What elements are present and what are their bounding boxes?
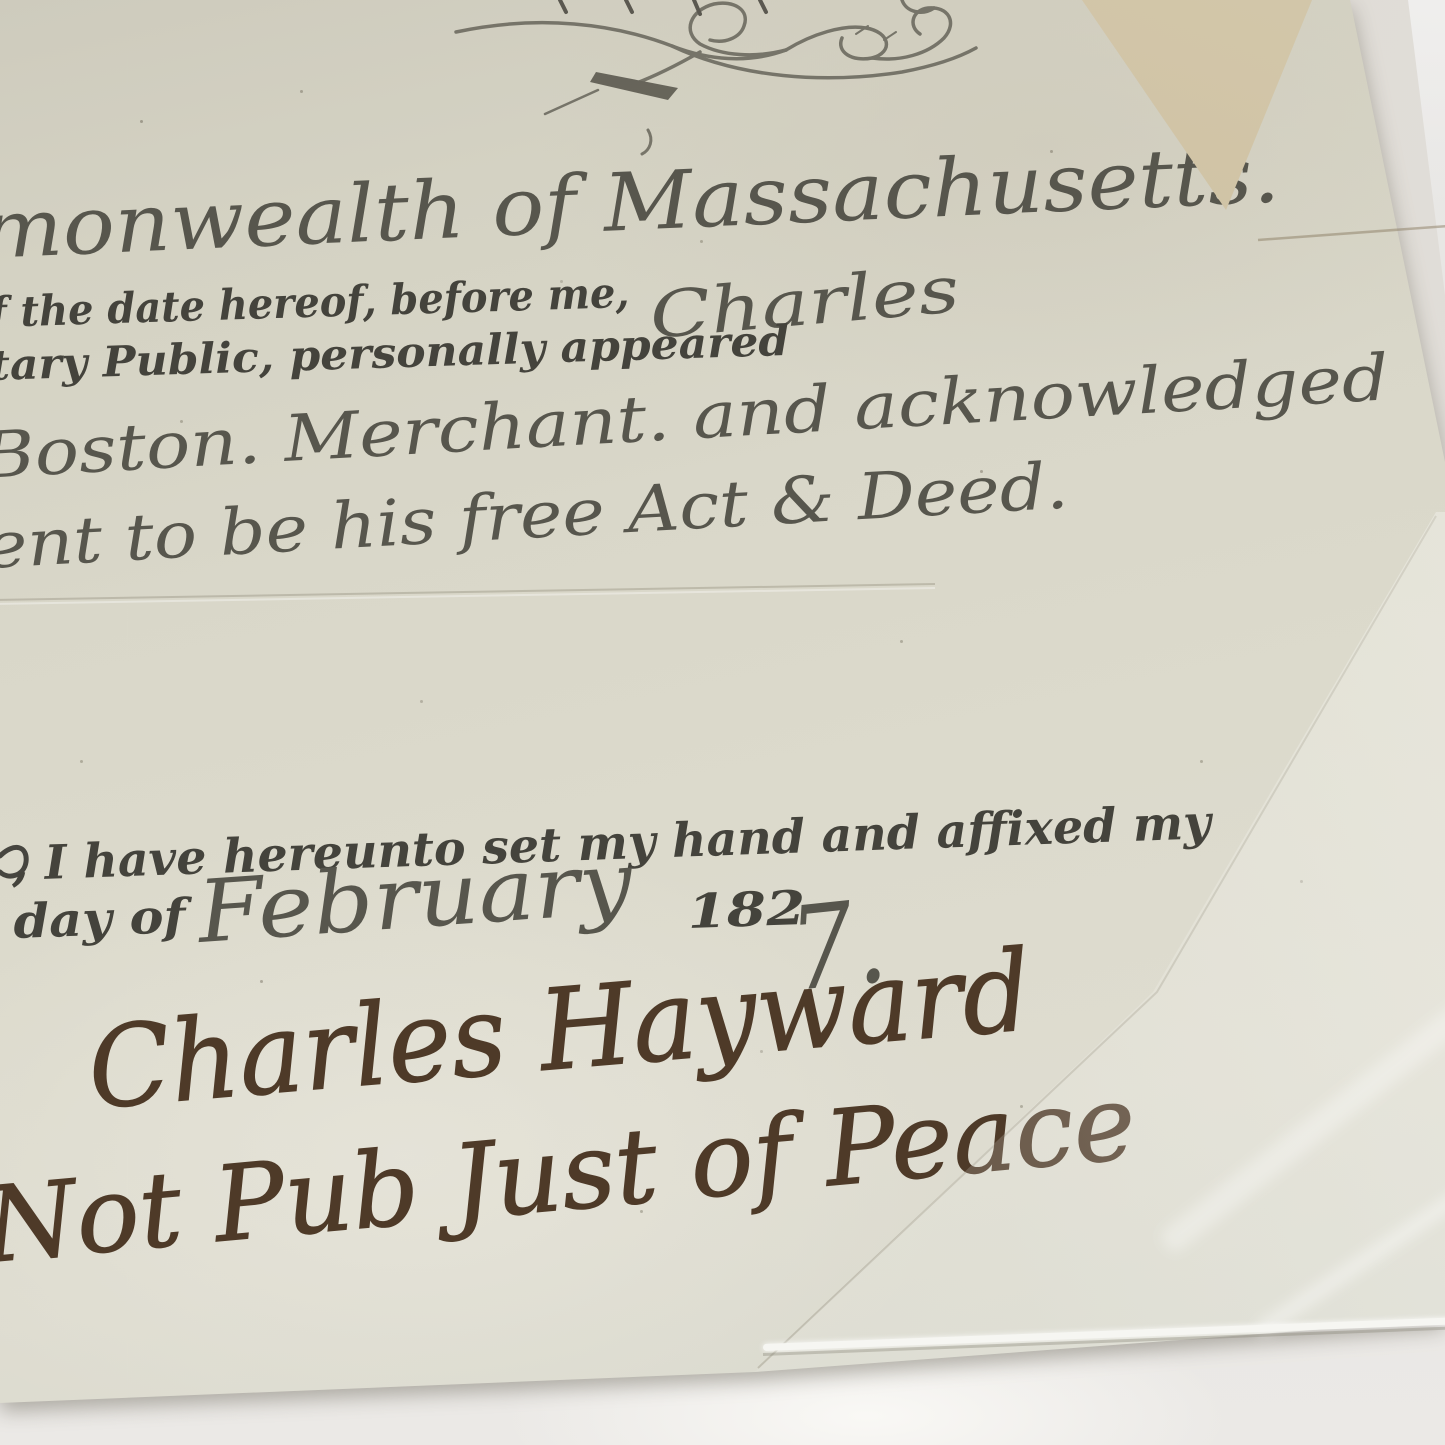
flourish-stroke bbox=[902, 0, 934, 12]
handwritten-commonwealth-line: monwealth of Massachusetts. bbox=[0, 127, 1282, 277]
flap-crease bbox=[1258, 226, 1445, 240]
flourish-nib-point bbox=[545, 90, 598, 114]
flourish-stroke bbox=[690, 3, 786, 55]
flourish-stroke bbox=[786, 27, 886, 59]
flourish-stroke bbox=[634, 52, 700, 84]
flourish-nib-wedge bbox=[590, 72, 678, 100]
flourish-dot bbox=[642, 130, 651, 154]
printed-day-of: day of bbox=[12, 889, 193, 950]
photo-background: monwealth of Massachusetts. f the date h… bbox=[0, 0, 1445, 1445]
horizontal-crease bbox=[0, 584, 935, 600]
horizontal-crease-light bbox=[0, 588, 935, 604]
